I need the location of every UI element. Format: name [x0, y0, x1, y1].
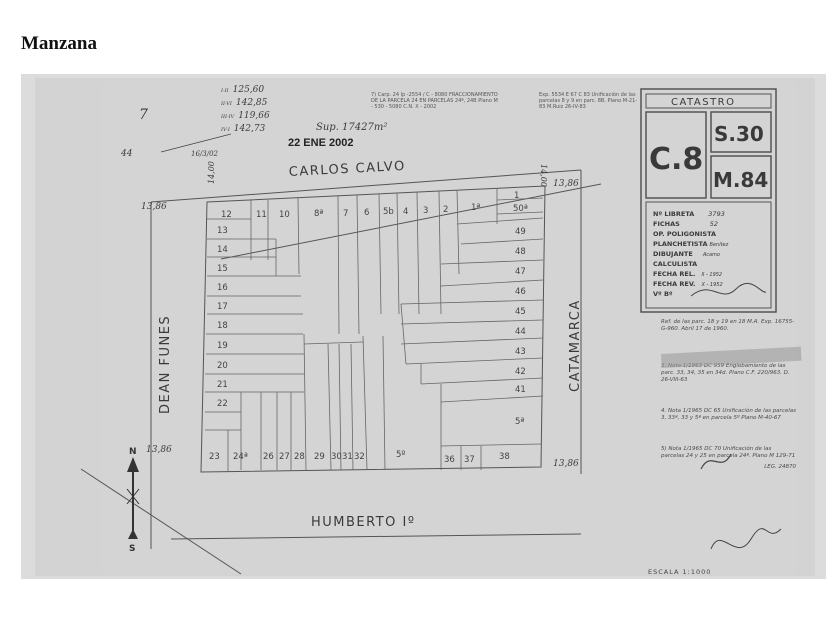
note-1: Ref. de las parc. 18 y 19 en 18 M.A. Exp…: [661, 319, 796, 333]
parcel-label: 49: [515, 227, 526, 237]
catastro-title: CATASTRO: [671, 97, 736, 108]
parcel-label: 7: [343, 209, 348, 219]
parcel-label: 37: [464, 455, 475, 465]
parcel-label: 1: [514, 191, 519, 201]
parcel-label: 5b: [383, 207, 394, 217]
parcel-label: 24ª: [233, 452, 248, 462]
catastro-block: M.84: [713, 168, 768, 192]
catastro-field: FECHA REL.II - 1952: [653, 270, 722, 278]
width-measure-ne: 14,00: [539, 164, 548, 187]
handwritten-mark: 44: [120, 149, 133, 159]
handwritten-date: 16/3/02: [191, 150, 219, 158]
parcel-label: 45: [515, 307, 526, 317]
scale-label: ESCALA 1:1000: [648, 568, 711, 576]
parcel-label: 28: [294, 452, 305, 462]
date-stamp: 22 ENE 2002: [288, 137, 353, 149]
parcel-label: 3: [423, 206, 428, 216]
parcel-label: 31: [342, 452, 353, 462]
corner-measure-ne: 13,86: [553, 179, 579, 189]
parcel-label: 22: [217, 399, 228, 409]
parcel-label: 20: [217, 361, 228, 371]
cadastral-map-drawing: 12 11 10 8ª 7 6 5b 4 3 2 1ª 1 50ª 49 48 …: [21, 74, 826, 579]
catastro-field: Nº LIBRETA3793: [653, 210, 725, 218]
cadastral-map-scan: 12 11 10 8ª 7 6 5b 4 3 2 1ª 1 50ª 49 48 …: [21, 74, 826, 579]
parcel-label: 4: [403, 207, 408, 217]
parcel-label: 50ª: [513, 204, 528, 214]
catastro-field: CALCULISTA: [653, 260, 697, 268]
corner-measure-nw: 13,86: [141, 202, 167, 212]
parcel-label: 11: [256, 210, 267, 220]
page-heading: Manzana: [21, 33, 97, 55]
parcel-label: 8ª: [314, 209, 323, 219]
street-name-west: DEAN FUNES: [158, 315, 173, 414]
parcel-label: 46: [515, 287, 526, 297]
compass-south-label: S: [129, 544, 135, 554]
parcel-label: 6: [364, 208, 369, 218]
corner-measure-se: 13,86: [553, 459, 579, 469]
catastro-field: PLANCHETISTABenítez: [653, 240, 729, 248]
catastro-section: S.30: [714, 122, 764, 146]
parcel-label: 1ª: [471, 203, 480, 213]
catastro-circ: C.8: [649, 142, 703, 177]
parcel-label: 36: [444, 455, 455, 465]
parcel-label: 38: [499, 452, 510, 462]
parcel-label: 47: [515, 267, 526, 277]
note-leg: LEG. 24870: [661, 464, 796, 471]
compass-north-label: N: [129, 447, 137, 457]
parcel-label: 32: [354, 452, 365, 462]
parcel-label: 48: [515, 247, 526, 257]
parcel-label: 10: [279, 210, 290, 220]
parcel-label: 13: [217, 226, 228, 236]
parcel-label: 15: [217, 264, 228, 274]
street-name-south: HUMBERTO Iº: [311, 515, 416, 530]
parcel-label: 5ª: [515, 417, 524, 427]
parcel-label: 14: [217, 245, 228, 255]
catastro-field: Vº Bº: [653, 290, 673, 298]
parcel-label: 42: [515, 367, 526, 377]
corner-measure-sw: 13,86: [146, 445, 172, 455]
parcel-label: 17: [217, 302, 228, 312]
width-measure-nw: 14,00: [207, 161, 216, 184]
parcel-label: 26: [263, 452, 274, 462]
parcel-label: 23: [209, 452, 220, 462]
parcel-label: 21: [217, 380, 228, 390]
parcel-label: 2: [443, 205, 448, 215]
parcel-label: 30: [331, 452, 342, 462]
parcel-label: 18: [217, 321, 228, 331]
catastro-field: DIBUJANTEAcamo: [653, 250, 720, 258]
parcel-label: 29: [314, 452, 325, 462]
parcel-label: 44: [515, 327, 526, 337]
parcel-label: 43: [515, 347, 526, 357]
note-top-center: 7) Carp. 24 lp -2554 / C - 8080 FRACCION…: [371, 92, 501, 110]
parcel-label: 41: [515, 385, 526, 395]
note-3: 4. Nota 1/1965 DC 65 Unificación de las …: [661, 408, 796, 422]
parcel-label: 27: [279, 452, 290, 462]
catastro-field: OP. POLIGONISTA: [653, 230, 716, 238]
catastro-field: FECHA REV.X - 1952: [653, 280, 723, 288]
parcel-label: 19: [217, 341, 228, 351]
parcel-label: 16: [217, 283, 228, 293]
street-name-east: CATAMARCA: [568, 299, 583, 392]
note-top-right: Exp. 5534 E 67 C 83 Unificación de las p…: [539, 92, 639, 110]
parcel-label: 12: [221, 210, 232, 220]
handwritten-mark: 7: [139, 107, 148, 123]
parcel-label: 5º: [396, 450, 405, 460]
